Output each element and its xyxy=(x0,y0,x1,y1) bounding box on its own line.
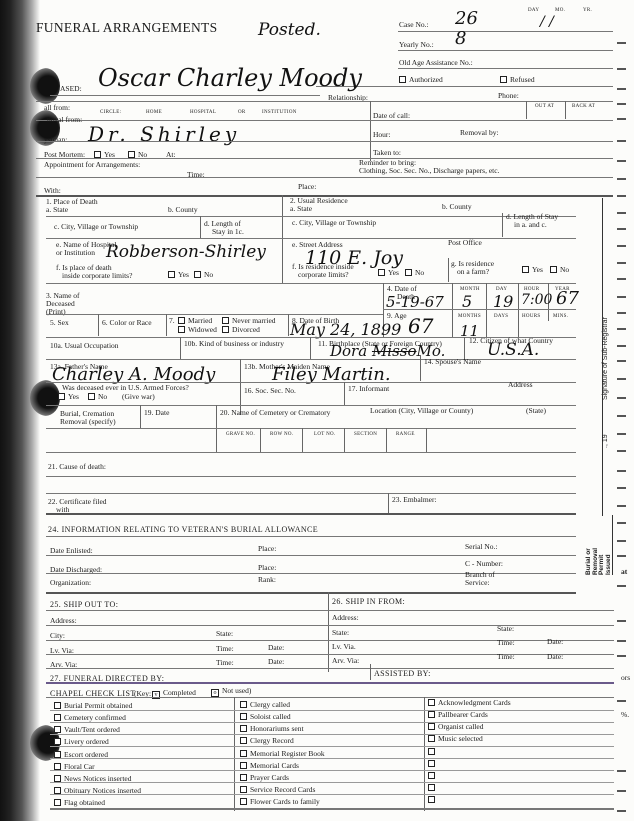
informant-address-label: Address xyxy=(508,380,533,389)
check-item[interactable]: Organist called xyxy=(428,722,483,731)
checkbox-icon xyxy=(428,784,435,791)
ship-out-arv-date-label: Date: xyxy=(268,657,284,666)
birthplace-struck: Misso xyxy=(372,342,417,360)
circle-label: CIRCLE: xyxy=(100,110,121,115)
refused-checkbox[interactable]: Refused xyxy=(500,75,535,84)
ship-in-lv-via-label: Lv. Via. xyxy=(332,642,356,651)
f2g-no[interactable]: No xyxy=(550,265,569,274)
check-item[interactable]: Clergy called xyxy=(240,700,290,709)
refused-label: Refused xyxy=(510,75,535,84)
check-item[interactable]: Music selected xyxy=(428,734,483,743)
range-col: RANGE xyxy=(396,432,415,437)
married-checkbox[interactable]: Married xyxy=(178,316,212,325)
ship-in-state-label: State: xyxy=(332,628,349,637)
ship-in-arv-via-label: Arv. Via: xyxy=(332,656,359,665)
checkbox-icon xyxy=(378,269,385,276)
appointment-label: Appointment for Arrangements: xyxy=(44,160,140,169)
checkbox-icon xyxy=(405,269,412,276)
checkbox-icon xyxy=(54,775,61,782)
f1d-line2: Stay in 1c. xyxy=(204,228,244,236)
death-hour-value[interactable]: 7:00 xyxy=(521,292,552,308)
ship-in-address-label: Address: xyxy=(332,613,359,622)
physician-value[interactable]: Dr. Shirley xyxy=(88,122,240,146)
hospital-value[interactable]: Robberson-Shirley xyxy=(106,242,266,262)
case-no-value[interactable]: 26 xyxy=(455,8,478,29)
age-col-hours: HOURS xyxy=(522,314,540,319)
physician-label: ysician: xyxy=(44,135,67,144)
ship-in-state2-label: State: xyxy=(497,624,514,633)
check-item-label: Soloist called xyxy=(250,712,291,721)
yearly-no-value[interactable]: 8 xyxy=(455,28,466,49)
option-home[interactable]: HOME xyxy=(146,110,162,115)
checkbox-icon xyxy=(428,796,435,803)
check-item-label: Music selected xyxy=(438,734,483,743)
checkbox-icon xyxy=(88,393,95,400)
checkbox-icon xyxy=(54,714,61,721)
f5-label: 5. Sex xyxy=(50,318,69,327)
f6-label: 6. Color or Race xyxy=(102,318,152,327)
widowed-label: Widowed xyxy=(188,325,217,334)
with-label: With: xyxy=(44,186,61,195)
check-item-label: Cemetery confirmed xyxy=(64,713,126,722)
row-col: ROW NO. xyxy=(270,432,293,437)
check-item[interactable]: Memorial Cards xyxy=(240,761,299,770)
f1a-label: a. State xyxy=(46,206,98,214)
no-label: No xyxy=(415,268,424,277)
section-col: SECTION xyxy=(354,432,377,437)
f1b-label: b. County xyxy=(168,205,198,214)
back-at-label: BACK AT xyxy=(572,104,595,109)
yes-label: Yes xyxy=(388,268,399,277)
f20-label: 20. Name of Cemetery or Crematory xyxy=(220,408,330,417)
give-war-label: (Give war) xyxy=(122,392,155,401)
rank-label: Rank: xyxy=(258,575,276,584)
checkbox-icon xyxy=(240,725,247,732)
checkbox-icon xyxy=(178,317,185,324)
check-item[interactable]: Soloist called xyxy=(240,712,291,721)
c-number-label: C - Number: xyxy=(465,559,503,568)
yes-label: Yes xyxy=(532,265,543,274)
checkbox-icon xyxy=(428,723,435,730)
checkbox-icon xyxy=(240,786,247,793)
check-item-label: Prayer Cards xyxy=(250,773,289,782)
margin-at-text: at xyxy=(621,567,627,576)
check-item[interactable]: Honorariums sent xyxy=(240,724,304,733)
f14-label: 14. Spouse's Name xyxy=(424,357,481,366)
reminder-line-2: Clothing, Soc. Sec. No., Discharge paper… xyxy=(359,166,499,175)
discharged-place-label: Place: xyxy=(258,563,276,572)
checkbox-icon xyxy=(428,711,435,718)
check-item-label: Flower Cards to family xyxy=(250,797,320,806)
checkbox-icon xyxy=(550,266,557,273)
birthplace-city: Dora xyxy=(330,342,367,360)
never-married-checkbox[interactable]: Never married xyxy=(222,316,276,325)
checkbox-icon xyxy=(240,762,247,769)
yearly-no-label: Yearly No.: xyxy=(399,40,434,49)
checkbox-icon xyxy=(128,151,135,158)
f2g-label: g. Is residenceon a farm? xyxy=(451,260,494,276)
ship-out-city-label: City: xyxy=(50,631,65,640)
check-item-label: Service Record Cards xyxy=(250,785,315,794)
removal-by-label: Removal by: xyxy=(460,128,499,137)
f2g-line2: on a farm? xyxy=(451,268,494,276)
f2f-no[interactable]: No xyxy=(405,268,424,277)
f17-label: 17. Informant xyxy=(348,384,389,393)
yes-label: Yes xyxy=(178,270,189,279)
check-item[interactable]: Burial Permit obtained xyxy=(54,701,132,710)
never-married-label: Never married xyxy=(232,316,276,325)
checkbox-icon xyxy=(54,702,61,709)
location-label: Location (City, Village or County) xyxy=(370,406,473,415)
f2f-label: f. Is residence insidecorporate limits? xyxy=(292,263,354,279)
key-not-used: oNot used) xyxy=(211,686,251,697)
check-item-label: Pallbearer Cards xyxy=(438,710,488,719)
f21-label: 21. Cause of death: xyxy=(48,462,106,471)
nineteen-label: ., 19 xyxy=(602,434,609,448)
burial-permit-issued-label: Burial or Removal Permit Issued xyxy=(586,548,612,575)
checkbox-icon xyxy=(240,798,247,805)
margin-pct-text: %. xyxy=(621,710,629,719)
checkbox-icon xyxy=(240,737,247,744)
checkbox-icon xyxy=(428,748,435,755)
divorced-label: Divorced xyxy=(232,325,260,334)
f9-label: 9. Age xyxy=(387,311,407,320)
check-item[interactable]: Prayer Cards xyxy=(240,773,289,782)
ship-out-lv-time-label: Time: xyxy=(216,644,234,653)
f10b-label: 10b. Kind of business or industry xyxy=(184,339,284,348)
date-col-day: DAY xyxy=(528,8,539,13)
check-item-label: Clergy called xyxy=(250,700,290,709)
f1f-no[interactable]: No xyxy=(194,270,213,279)
checkbox-icon xyxy=(500,76,507,83)
form-title: FUNERAL ARRANGEMENTS xyxy=(36,20,217,36)
f3-label: 3. Name ofDeceased(Print) xyxy=(46,292,80,316)
deceased-label: ASED: xyxy=(60,84,82,93)
veteran-section-title: 24. INFORMATION RELATING TO VETERAN'S BU… xyxy=(48,525,318,534)
ship-in-arv-time-label: Time: xyxy=(497,652,515,661)
f2f-yes[interactable]: Yes xyxy=(378,268,399,277)
date-enlisted-label: Date Enlisted: xyxy=(50,546,93,555)
ship-out-arv-time-label: Time: xyxy=(216,658,234,667)
check-item[interactable]: Vault/Tent ordered xyxy=(54,725,120,734)
check-item[interactable]: Flag obtained xyxy=(54,798,105,807)
f15-label: Was deceased ever in U.S. Armed Forces? xyxy=(62,383,189,392)
divorced-checkbox[interactable]: Divorced xyxy=(222,325,260,334)
f2c-label: c. City, Village or Township xyxy=(292,218,376,227)
check-item-label: Honorariums sent xyxy=(250,724,304,733)
f23-label: 23. Embalmer: xyxy=(392,495,437,504)
sub-registrar-signature-label: Signature of Sub-Registrar xyxy=(602,317,609,400)
f1f-label: f. Is place of deathinside corporate lim… xyxy=(56,264,132,280)
check-item-label: Memorial Cards xyxy=(250,761,299,770)
check-item-label: Flag obtained xyxy=(64,798,105,807)
checkbox-icon xyxy=(522,266,529,273)
old-age-assistance-label: Old Age Assistance No.: xyxy=(399,58,473,67)
ship-out-title: 25. SHIP OUT TO: xyxy=(50,600,118,609)
checkbox-icon xyxy=(54,751,61,758)
age-col-mins: MINS. xyxy=(553,314,568,319)
f16-label: 16. Soc. Sec. No. xyxy=(244,386,296,395)
checkbox-icon xyxy=(54,726,61,733)
no-label: No xyxy=(204,270,213,279)
check-item-label: Burial Permit obtained xyxy=(64,701,132,710)
ship-in-title: 26. SHIP IN FROM: xyxy=(332,597,405,606)
authorized-checkbox[interactable]: Authorized xyxy=(399,75,443,84)
option-hospital[interactable]: HOSPITAL xyxy=(190,110,216,115)
ship-in-arv-date-label: Date: xyxy=(547,652,563,661)
lot-col: LOT NO. xyxy=(314,432,335,437)
case-no-label: Case No.: xyxy=(399,20,429,29)
assisted-by-label: ASSISTED BY: xyxy=(374,669,431,678)
check-item-blank[interactable] xyxy=(428,783,438,792)
checkbox-icon xyxy=(168,271,175,278)
funeral-arrangements-form: FUNERAL ARRANGEMENTS Posted. Case No.: 2… xyxy=(0,0,634,821)
f22-label: 22. Certificate filedwith xyxy=(48,498,107,514)
date-of-call-label: Date of call: xyxy=(373,111,410,120)
check-item-blank[interactable] xyxy=(428,759,438,768)
check-item[interactable]: Clergy Record xyxy=(240,736,294,745)
ship-out-lv-date-label: Date: xyxy=(268,643,284,652)
checkbox-icon xyxy=(54,738,61,745)
check-item[interactable]: Acknowledgment Cards xyxy=(428,698,511,707)
f2b-label: b. County xyxy=(442,202,472,211)
posted-stamp: Posted. xyxy=(258,20,321,40)
checkbox-icon xyxy=(54,787,61,794)
branch-line2: Service: xyxy=(465,579,495,587)
f2d-line2: in a. and c. xyxy=(506,221,558,229)
ship-out-address-label: Address: xyxy=(50,616,77,625)
phone-label: Phone: xyxy=(498,91,519,100)
widowed-checkbox[interactable]: Widowed xyxy=(178,325,217,334)
checkbox-icon xyxy=(94,151,101,158)
f18-label: Burial, CremationRemoval (specify) xyxy=(60,410,116,426)
citizen-value[interactable]: U.S.A. xyxy=(487,340,539,360)
checkbox-icon xyxy=(240,774,247,781)
checkbox-icon xyxy=(240,750,247,757)
checkbox-icon xyxy=(428,699,435,706)
check-item-label: Memorial Register Book xyxy=(250,749,325,758)
checkbox-icon xyxy=(399,76,406,83)
checkbox-icon xyxy=(222,326,229,333)
ship-in-lv-time-label: Time: xyxy=(497,638,515,647)
no-label: No xyxy=(560,265,569,274)
checkbox-icon xyxy=(428,772,435,779)
usual-residence-label: 2. Usual Residencea. State xyxy=(290,197,348,213)
check-item[interactable]: Cemetery confirmed xyxy=(54,713,126,722)
f15-no[interactable]: No xyxy=(88,392,107,401)
key-completed-label: Completed xyxy=(163,688,196,697)
call-from-label: all from: xyxy=(44,103,70,112)
organization-label: Organization: xyxy=(50,578,91,587)
no-label: No xyxy=(98,392,107,401)
age-col-months: MONTHS xyxy=(458,314,481,319)
checkbox-icon xyxy=(58,393,65,400)
f18-line2: Removal (specify) xyxy=(60,418,116,426)
check-item-label: Clergy Record xyxy=(250,736,294,745)
check-item[interactable]: Memorial Register Book xyxy=(240,749,325,758)
circle-box-icon: o xyxy=(211,689,219,697)
married-label: Married xyxy=(188,316,212,325)
date-col-mo: MO. xyxy=(555,8,565,13)
ship-in-lv-date-label: Date: xyxy=(547,637,563,646)
margin-ors-text: ors xyxy=(621,673,630,682)
out-at-label: OUT AT xyxy=(535,104,554,109)
place-label: Place: xyxy=(298,182,316,191)
checkbox-icon xyxy=(428,760,435,767)
punch-hole xyxy=(30,380,60,416)
f2f-line2: corporate limits? xyxy=(292,271,354,279)
age-col-days: DAYS xyxy=(494,314,508,319)
deceased-name-value[interactable]: Oscar Charley Moody xyxy=(98,64,362,92)
f10a-label: 10a. Usual Occupation xyxy=(50,341,119,350)
checkbox-icon xyxy=(54,763,61,770)
post-office-label: Post Office xyxy=(448,238,482,247)
key-notused-label: Not used) xyxy=(222,686,251,695)
death-year-value[interactable]: 67 xyxy=(556,288,579,309)
date-col-yr: YR. xyxy=(583,8,592,13)
f7-num: 7. xyxy=(169,316,175,325)
check-item[interactable]: Pallbearer Cards xyxy=(428,710,488,719)
f1d-label: d. Length ofStay in 1c. xyxy=(204,220,244,236)
grave-col: GRAVE NO. xyxy=(226,432,255,437)
f1c-label: c. City, Village or Township xyxy=(54,222,138,231)
checkbox-icon xyxy=(240,713,247,720)
check-item-label: Organist called xyxy=(438,722,483,731)
f15-yes[interactable]: Yes xyxy=(58,392,79,401)
checkbox-icon xyxy=(178,326,185,333)
hour-label: Hour: xyxy=(373,130,391,139)
f19-label: 19. Date xyxy=(144,408,169,417)
f2g-yes[interactable]: Yes xyxy=(522,265,543,274)
option-institution[interactable]: INSTITUTION xyxy=(262,110,297,115)
ship-out-state-label: State: xyxy=(216,629,233,638)
serial-no-label: Serial No.: xyxy=(465,542,498,551)
place-of-death-label: 1. Place of Deatha. State xyxy=(46,198,98,214)
checkbox-icon xyxy=(428,735,435,742)
f1f-line2: inside corporate limits? xyxy=(56,272,132,280)
checkbox-icon xyxy=(240,701,247,708)
removal-from-label: noval from: xyxy=(47,115,82,124)
yes-label: Yes xyxy=(68,392,79,401)
check-item[interactable]: Service Record Cards xyxy=(240,785,315,794)
check-item-label: Livery ordered xyxy=(64,737,109,746)
date-slashes: / / xyxy=(540,14,554,30)
f2a-label: a. State xyxy=(290,205,348,213)
f2d-label: d. Length of Stayin a. and c. xyxy=(506,213,558,229)
check-item-label: Acknowledgment Cards xyxy=(438,698,511,707)
check-item-blank[interactable] xyxy=(428,747,438,756)
check-item-blank[interactable] xyxy=(428,771,438,780)
authorized-label: Authorized xyxy=(409,75,443,84)
taken-to-label: Taken to: xyxy=(373,148,401,157)
check-item[interactable]: Livery ordered xyxy=(54,737,109,746)
checkbox-icon xyxy=(194,271,201,278)
punch-hole xyxy=(30,68,60,104)
checkbox-icon xyxy=(222,317,229,324)
option-or: OR xyxy=(238,110,246,115)
check-item-blank[interactable] xyxy=(428,795,438,804)
checkbox-icon xyxy=(54,799,61,806)
enlisted-place-label: Place: xyxy=(258,544,276,553)
f1f-yes[interactable]: Yes xyxy=(168,270,189,279)
check-item-label: Vault/Tent ordered xyxy=(64,725,120,734)
branch-label: Branch ofService: xyxy=(465,571,495,587)
state-label: (State) xyxy=(526,406,546,415)
check-item[interactable]: Flower Cards to family xyxy=(240,797,320,806)
age-value[interactable]: 67 xyxy=(408,314,433,338)
